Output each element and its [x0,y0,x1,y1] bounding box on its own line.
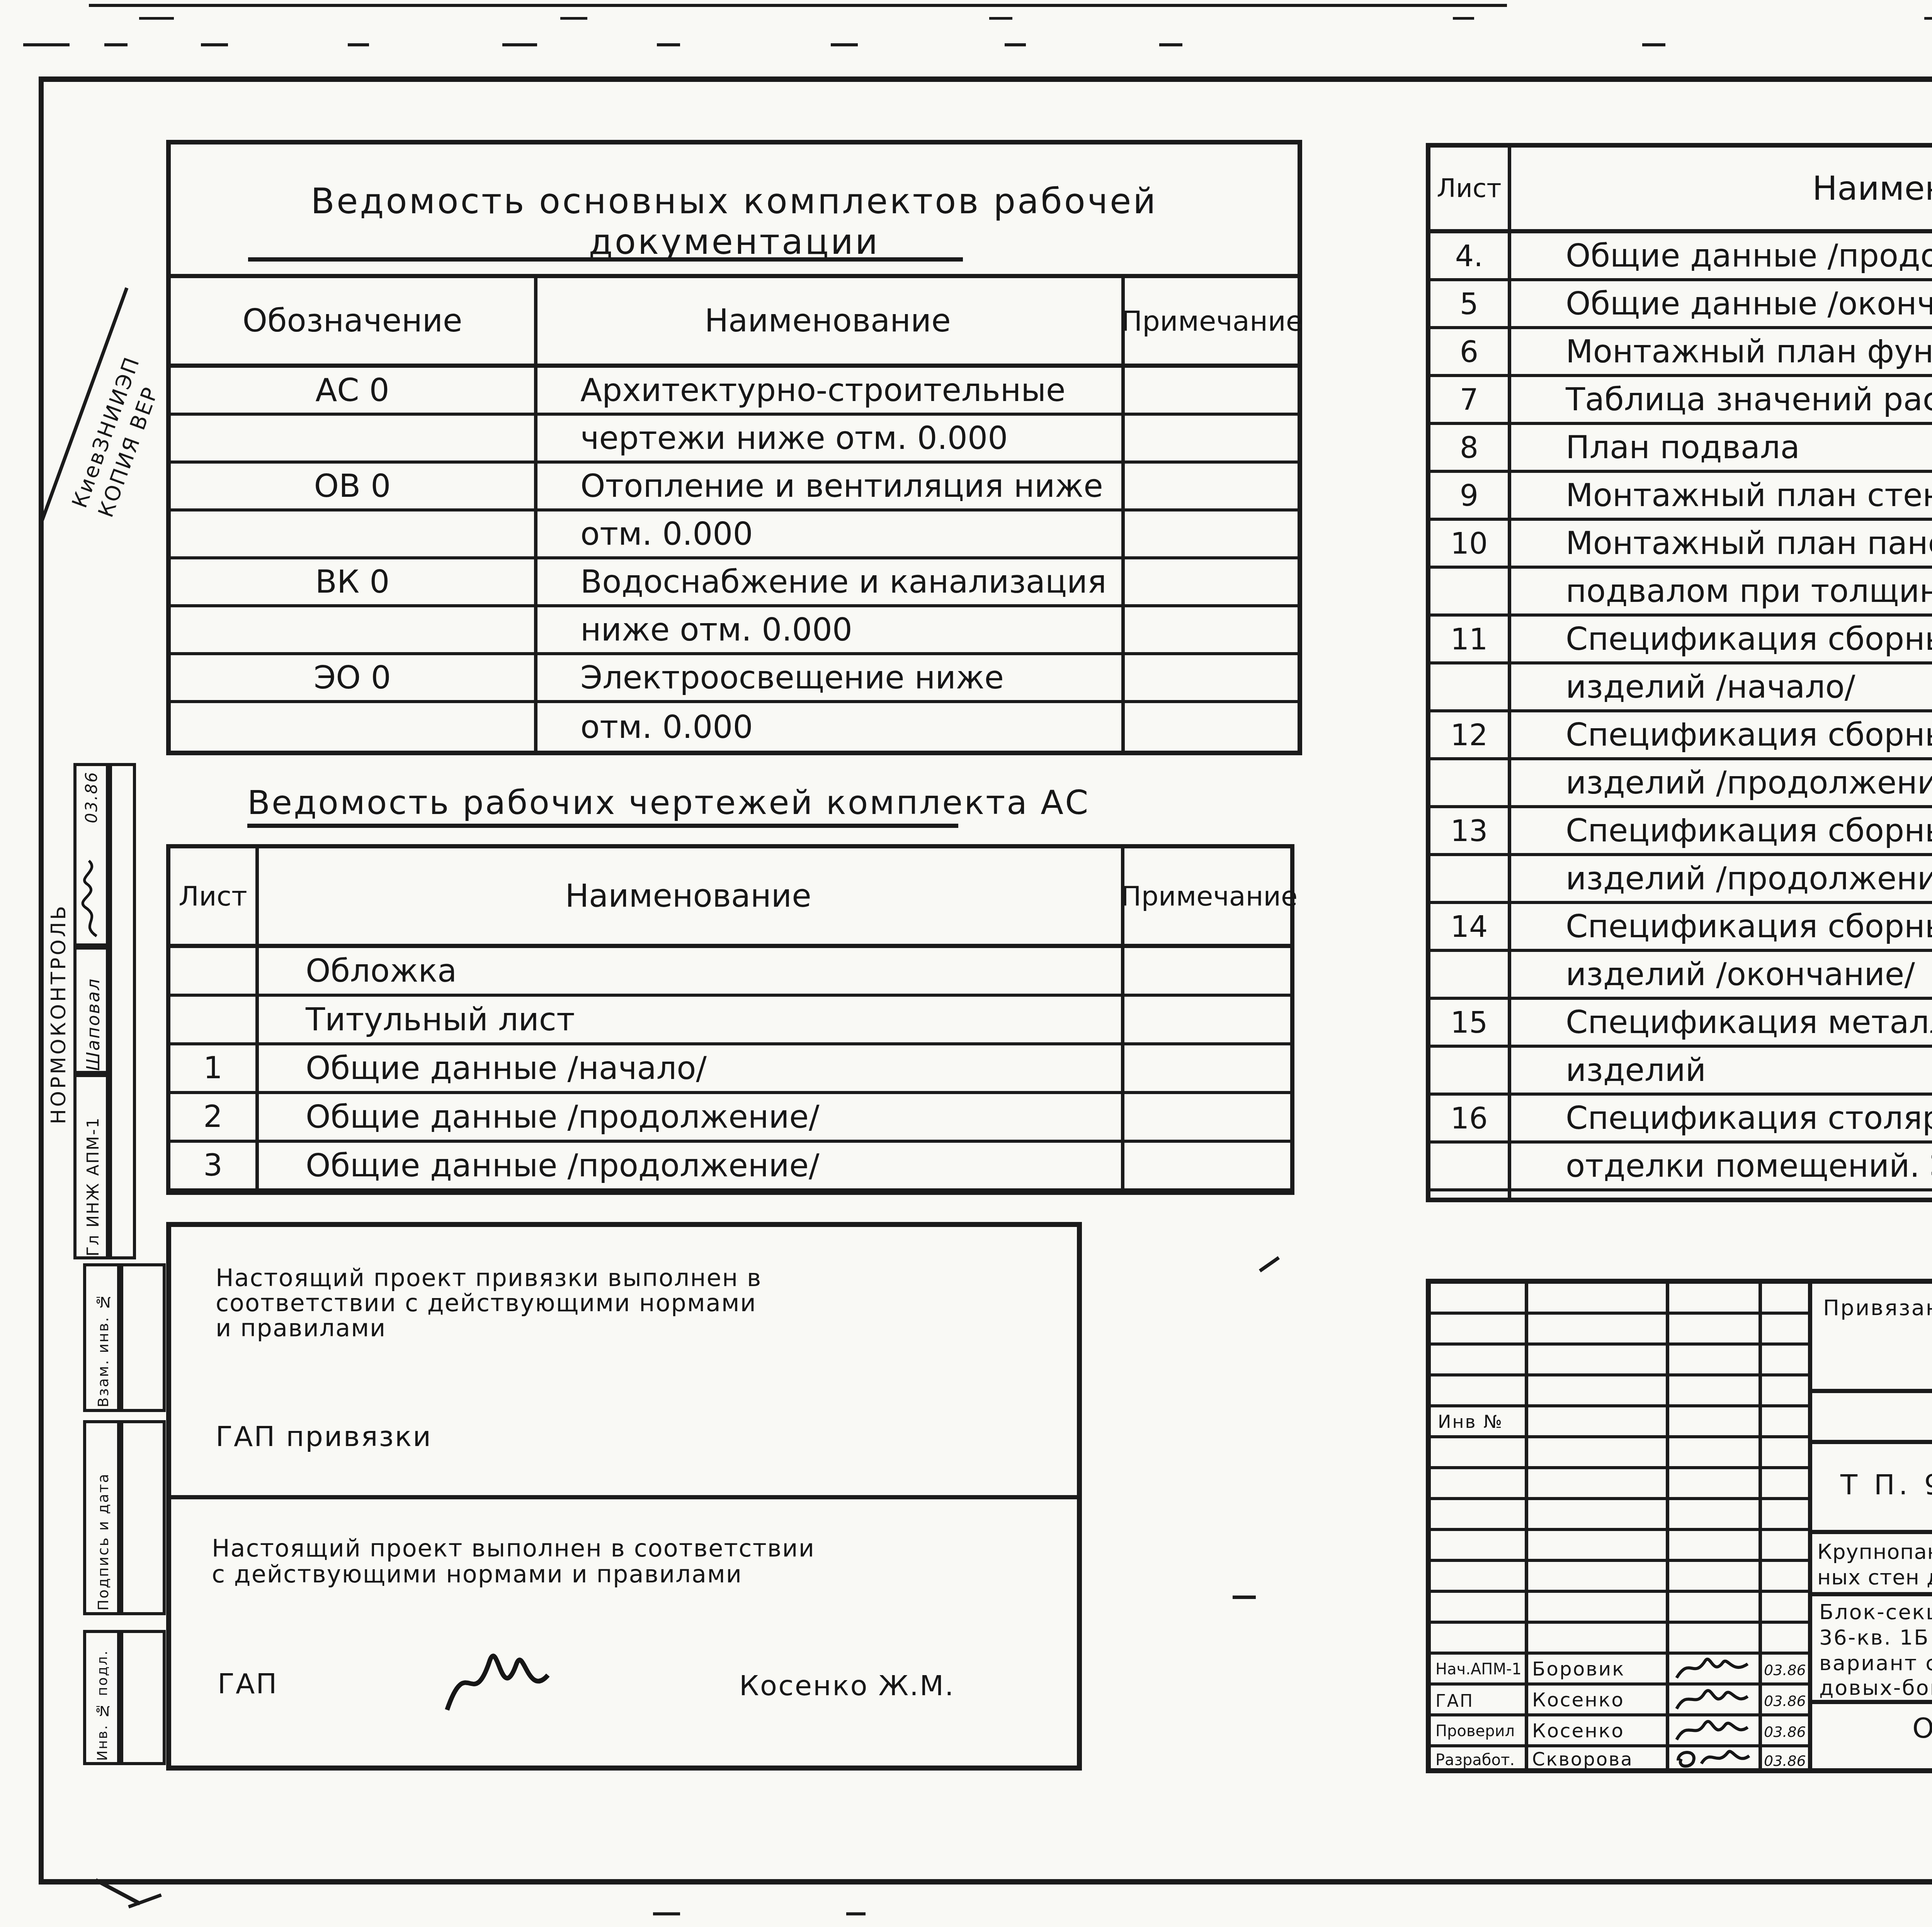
stamp-rule [1811,1389,1932,1393]
signature-scribble [1670,1747,1755,1774]
signature-scribble [438,1644,565,1718]
note-line: и правилами [216,1314,386,1342]
sheet-name: Спецификация сборных железобетонных [1508,908,1932,945]
sheet-name: отделки помещений. Экспликация пола. [1508,1148,1932,1184]
inv-no-label: Инв № [1438,1411,1503,1432]
table-row: отм. 0.000 [171,703,1298,751]
podpis-data-box: Подпись и дата [83,1420,120,1615]
sheet-num: 13 [1430,814,1508,848]
sheet-num: 1 [170,1051,255,1086]
normokontrol-name: Шаповал [83,955,104,1071]
gap-binding-label: ГАП привязки [216,1420,432,1453]
table-row: чертежи ниже отм. 0.000 [171,416,1298,464]
grid-divider [1525,1284,1528,1768]
table-row: 9Монтажный план стен подвала [1430,473,1932,521]
scan-artifact [89,4,1507,7]
scan-artifact [348,43,369,46]
sheet-num: 16 [1430,1101,1508,1135]
scan-artifact [201,43,228,46]
title-underline [248,257,963,262]
set-name: ниже отм. 0.000 [534,612,1298,648]
sets-table-header: Обозначение Наименование Примечание [171,274,1298,368]
sheet-name: Общие данные /окончание/ [1508,285,1932,322]
grid-divider [1808,1284,1812,1768]
sheet-name: План подвала [1508,429,1932,466]
scan-artifact [104,43,128,46]
scan-artifact [846,1912,866,1915]
sig-name: Скворова [1532,1749,1633,1770]
scan-artifact [1642,43,1665,46]
set-code: ОВ 0 [171,468,534,505]
scan-artifact [1233,1596,1256,1599]
frame-bottom [39,1879,1932,1885]
margin-cell-empty [120,1630,166,1765]
sheet-name: изделий /окончание/ [1508,956,1932,993]
margin-cell-empty [120,1263,166,1412]
col-name: Наименование [1508,169,1932,208]
set-name: Архитектурно-строительные [534,372,1298,409]
sheet-num: 10 [1430,526,1508,561]
object-line3: вариант с устройством кла- [1819,1651,1932,1675]
set-code: АС 0 [171,372,534,409]
sig-date: 03.86 [1764,1752,1806,1769]
table-row: АС 0 Архитектурно-строительные [171,368,1298,416]
set-code: ЭО 0 [171,659,534,696]
drawings-table-title: Ведомость рабочих чертежей комплекта АС [247,783,1090,822]
scan-artifact [831,43,858,46]
normokontrol-date: 03.86 [82,773,101,823]
col-designation: Обозначение [171,302,534,339]
col-note: Примечание [1121,880,1298,912]
sheet-num: 2 [170,1099,255,1134]
gap-label: ГАП [218,1667,278,1700]
object-line4: довых-боксов в подвале [1819,1676,1932,1700]
table-row: ОВ 0 Отопление и вентиляция ниже [171,464,1298,511]
sig-role: Разработ. [1435,1751,1515,1769]
signature-scribble [1670,1716,1755,1743]
scan-artifact [989,17,1012,20]
sheet-name: Обложка [255,953,1290,989]
grid-divider [1666,1284,1669,1768]
set-name: Отопление и вентиляция ниже [534,468,1298,505]
set-name: Электроосвещение ниже [534,659,1298,696]
margin-cell-empty [120,1420,166,1615]
sheet-name: Общие данные /продолжение/ [255,1147,1290,1184]
sig-role: Проверил [1435,1722,1515,1740]
sheet-num: 9 [1430,478,1508,513]
sets-table: Ведомость основных комплектов рабочей до… [166,140,1302,755]
sheet-num: 7 [1430,382,1508,417]
table-row: изделий /продолжение/ [1430,856,1932,904]
sheet-num: 3 [170,1148,255,1183]
grid-divider [1759,1284,1762,1768]
sheets-table-header: Лист Наименование Примечание [1430,148,1932,233]
column-divider [1508,148,1511,1198]
sheet-name: изделий /продолжение/ [1508,860,1932,897]
table-row: ВК 0 Водоснабжение и канализация [171,559,1298,607]
sets-table-rows: АС 0 Архитектурно-строительные чертежи н… [171,368,1298,751]
sheet-name: Спецификация сборных железобетонных [1508,812,1932,849]
stamp-rule [1811,1700,1932,1704]
inv-podl-box: Инв. № подл. [83,1630,120,1765]
column-divider [1121,274,1125,751]
sheet-num: 12 [1430,718,1508,752]
scan-artifact [502,43,537,46]
doc-code: Т П. 96-054.83 [1840,1468,1932,1501]
table-row: 13Спецификация сборных железобетонных [1430,808,1932,856]
scan-artifact [1005,43,1026,46]
sheet-name: подвалом при толщине 160 и 120 мм [1508,573,1932,610]
sig-name: Косенко [1532,1720,1624,1742]
vzam-inv-label: Взам. инв. № [95,1274,112,1407]
column-divider [1121,848,1124,1191]
scan-artifact [560,17,587,20]
col-sheet: Лист [170,880,255,912]
scanned-drawing-sheet: 3 КиевЗНИИЭП КОПИЯ ВЕР НОРМОКОНТРОЛЬ 03.… [0,0,1932,1927]
sheet-name: Спецификация сборных железобетонных [1508,717,1932,753]
signature-scribble [1670,1655,1755,1682]
table-row: изделий /начало/ [1430,664,1932,712]
table-row: 5Общие данные /окончание/ [1430,281,1932,329]
col-name: Наименование [255,878,1121,914]
column-divider [534,274,537,751]
sig-name: Косенко [1532,1689,1624,1711]
margin-cell-sign-date: 03.86 [73,763,109,947]
sig-role: Нач.АПМ-1 [1435,1660,1522,1678]
sig-date: 03.86 [1764,1723,1806,1740]
signature-scribble [77,824,104,940]
table-row: изделий /продолжение/ [1430,760,1932,808]
sheet-name: Общие данные /начало/ [255,1050,1290,1087]
table-row: 4.Общие данные /продолжение/ [1430,233,1932,281]
inv-podl-label: Инв. № подл. [95,1639,111,1761]
set-name: отм. 0.000 [534,516,1298,552]
copy-stamp: КиевЗНИИЭП КОПИЯ ВЕР [66,352,173,521]
table-row: ниже отм. 0.000 [171,607,1298,655]
sheets-table: Лист Наименование Примечание 4.Общие дан… [1426,143,1932,1202]
table-row: 12Спецификация сборных железобетонных [1430,712,1932,760]
table-row: подвалом при толщине 160 и 120 мм [1430,569,1932,617]
sheet-name: изделий /начало/ [1508,669,1932,705]
sheet-title-line1: Общие данные [1811,1712,1932,1744]
notes-divider [171,1495,1077,1499]
frame-left [39,76,44,1885]
normokontrol-label: НОРМОКОНТРОЛЬ [47,792,70,1124]
object-line1: Блок-секция угловая 9-эт [1819,1600,1932,1624]
table-row: ЭО 0 Электроосвещение ниже [171,655,1298,703]
sheet-num: 4. [1430,239,1508,273]
scan-artifact [23,43,70,46]
col-note: Примечание [1121,305,1303,337]
scan-artifact [657,43,680,46]
sheet-name: Монтажный план стен подвала [1508,477,1932,514]
sheet-name: Титульный лист [255,1001,1290,1038]
stamp-rule [1811,1530,1932,1534]
scan-artifact [653,1912,680,1915]
title-block: Привязан Инв № Т П. 96-054.83 АС 0 Крупн… [1426,1279,1932,1773]
frame-top [39,76,1932,82]
note-line: Настоящий проект выполнен в соответствии [212,1534,815,1562]
notes-box: Настоящий проект привязки выполнен в соо… [166,1222,1082,1771]
sheet-name: Монтажный план фундаментов [1508,333,1932,370]
drawings-table: Лист Наименование Примечание Обложка Тит… [166,844,1294,1195]
table-row: 7Таблица значений расчетных нагрузок. [1430,377,1932,425]
margin-cell-name: Шаповал [73,947,109,1074]
table-row: 10Монтажный план панелей перекрытия над [1430,521,1932,569]
sig-date: 03.86 [1764,1692,1806,1709]
sheet-name: Спецификация металлических монтажных [1508,1004,1932,1041]
set-code: ВК 0 [171,564,534,600]
table-row: изделий /окончание/ [1430,952,1932,1000]
sheet-num: 5 [1430,287,1508,321]
set-name: чертежи ниже отм. 0.000 [534,420,1298,457]
object-line2: 36-кв. 1Б 2Б 2Б 3Б /левая/ [1819,1625,1932,1650]
note-line: соответствии с действующими нормами [216,1289,757,1317]
chief-engineer-label: Гл ИНЖ АПМ-1 [83,1082,102,1256]
sig-name: Боровик [1532,1658,1625,1680]
sheet-name: изделий [1508,1052,1932,1089]
sheet-title-line2: /начало/ [1811,1743,1932,1771]
col-sheet: Лист [1430,173,1508,203]
scan-artifact [1453,17,1474,20]
gap-name: Косенко Ж.М. [739,1669,955,1702]
column-divider [255,848,259,1191]
table-row: 15Спецификация металлических монтажных [1430,1000,1932,1048]
table-row: отм. 0.000 [171,511,1298,559]
sheet-name: Монтажный план панелей перекрытия над [1508,525,1932,562]
table-row: 16Спецификация столярных изделий. Ведомо… [1430,1096,1932,1144]
scan-artifact [1259,1256,1280,1273]
sets-table-title-line1: Ведомость основных комплектов рабочей [171,181,1298,222]
sheet-name: Общие данные /продолжение/ [255,1099,1290,1135]
col-name: Наименование [534,302,1121,339]
series-line2: ных стен для обычных условий строительст… [1817,1565,1932,1589]
note-line: с действующими нормами и правилами [212,1560,742,1588]
sig-role: ГАП [1435,1691,1474,1711]
sets-table-title-line2: документации [171,222,1298,262]
sig-date: 03.86 [1764,1662,1806,1679]
sheet-name: Общие данные /продолжение/ [1508,238,1932,274]
vzam-inv-box: Взам. инв. № [83,1263,120,1412]
set-name: Водоснабжение и канализация [534,564,1298,600]
scan-artifact [1924,17,1932,20]
table-row: отделки помещений. Экспликация пола. [1430,1144,1932,1191]
scan-artifact [139,17,174,20]
table-row: изделий [1430,1048,1932,1096]
sheet-num: 14 [1430,909,1508,944]
sheet-name: Таблица значений расчетных нагрузок. [1508,381,1932,418]
table-row: 6Монтажный план фундаментов [1430,329,1932,377]
series-line1: Крупнопанельные жилые дома с узким шагом… [1817,1540,1932,1564]
note-line: Настоящий проект привязки выполнен в [216,1264,762,1292]
podpis-data-label: Подпись и дата [95,1431,112,1611]
sheet-num: 11 [1430,622,1508,656]
signature-scribble [1670,1686,1755,1713]
sheet-name: Спецификация сборных железобетонных [1508,621,1932,658]
sheet-num: 6 [1430,335,1508,369]
sheet-num: 15 [1430,1005,1508,1040]
stamp-rule [1811,1592,1932,1596]
table-row: 11Спецификация сборных железобетонных [1430,617,1932,664]
sheet-num: 8 [1430,430,1508,465]
table-row: 14Спецификация сборных железобетонных [1430,904,1932,952]
table-row: 8План подвала [1430,425,1932,473]
title-underline [247,824,958,828]
stamp-rule [1811,1440,1932,1444]
scan-artifact [1159,43,1182,46]
margin-cell-empty [109,763,136,1259]
margin-cell-role: Гл ИНЖ АПМ-1 [73,1074,109,1259]
sheet-name: изделий /продолжение/ [1508,765,1932,801]
privyazan-label: Привязан [1823,1295,1932,1320]
sheet-name: Спецификация столярных изделий. Ведомост… [1508,1100,1932,1137]
set-name: отм. 0.000 [534,709,1298,746]
